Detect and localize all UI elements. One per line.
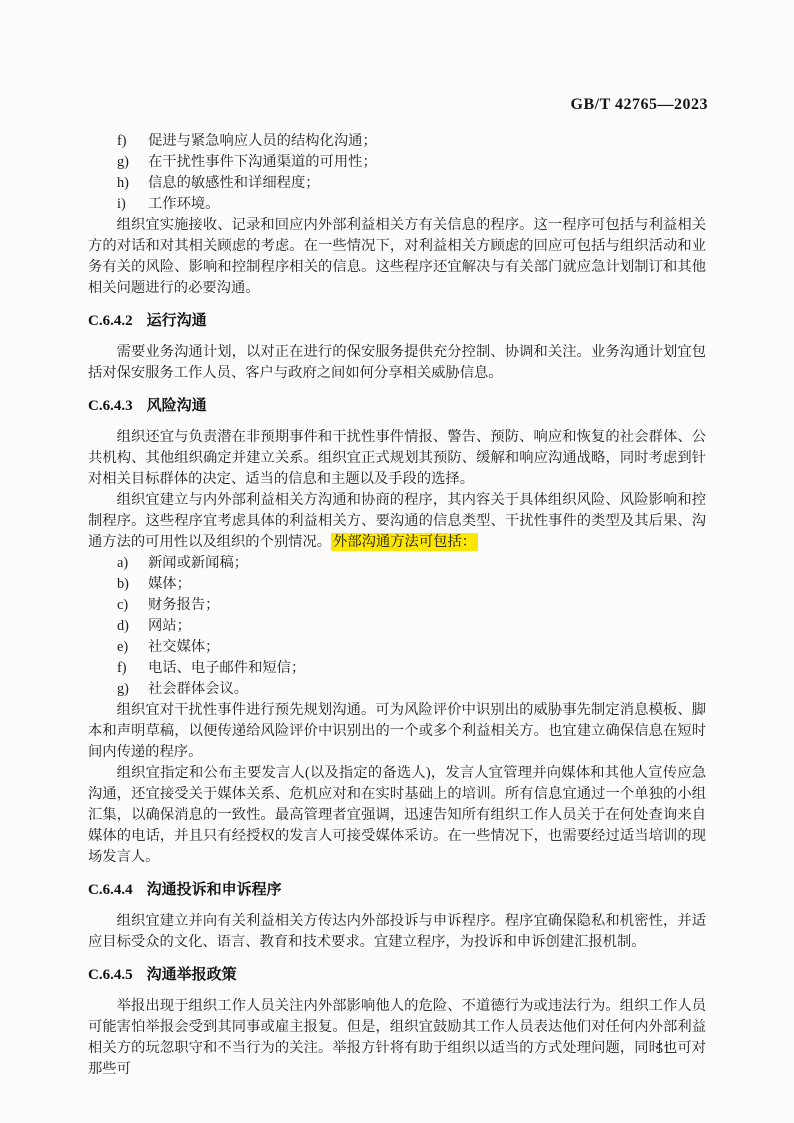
list-marker: f) xyxy=(117,658,127,679)
list-marker: e) xyxy=(117,637,128,658)
list-marker: f) xyxy=(117,131,127,152)
list-item: d) 网站； xyxy=(88,616,706,637)
list-item-text: 在干扰性事件下沟通渠道的可用性； xyxy=(148,154,377,170)
document-header: GB/T 42765—2023 xyxy=(571,96,708,114)
standard-code: GB/T 42765—2023 xyxy=(571,96,708,113)
intro-paragraph: 组织宜实施接收、记录和回应内外部利益相关方有关信息的程序。这一程序可包括与利益相… xyxy=(88,215,706,299)
list-marker: g) xyxy=(117,679,129,700)
section-heading-c645: C.6.4.5沟通举报政策 xyxy=(88,964,706,986)
intro-continued-list: f) 促进与紧急响应人员的结构化沟通； g) 在干扰性事件下沟通渠道的可用性； … xyxy=(88,131,706,215)
c643-paragraph-1: 组织还宜与负责潜在非预期事件和干扰性事件情报、警告、预防、响应和恢复的社会群体、… xyxy=(88,427,706,490)
section-number: C.6.4.5 xyxy=(88,967,133,983)
section-number: C.6.4.4 xyxy=(88,882,133,898)
c644-paragraph: 组织宜建立并向有关利益相关方传达内外部投诉与申诉程序。程序宜确保隐私和机密性，并… xyxy=(88,911,706,953)
section-heading-c644: C.6.4.4沟通投诉和申诉程序 xyxy=(88,879,706,901)
list-marker: g) xyxy=(117,152,129,173)
list-marker: a) xyxy=(117,553,128,574)
page-number: 51 xyxy=(648,1042,678,1058)
list-item-text: 电话、电子邮件和短信； xyxy=(148,660,305,676)
list-item: h) 信息的敏感性和详细程度； xyxy=(88,173,706,194)
section-title: 风险沟通 xyxy=(147,397,207,414)
list-item-text: 网站； xyxy=(148,618,191,634)
list-marker: i) xyxy=(117,194,126,215)
list-marker: b) xyxy=(117,574,129,595)
list-item: e) 社交媒体； xyxy=(88,637,706,658)
section-number: C.6.4.3 xyxy=(88,398,133,414)
list-item: f) 促进与紧急响应人员的结构化沟通； xyxy=(88,131,706,152)
section-title: 沟通举报政策 xyxy=(147,966,237,983)
section-heading-c643: C.6.4.3风险沟通 xyxy=(88,395,706,417)
c642-paragraph: 需要业务沟通计划，以对正在进行的保安服务提供充分控制、协调和关注。业务沟通计划宜… xyxy=(88,342,706,384)
list-item-text: 社交媒体； xyxy=(148,639,219,655)
c643-paragraph-3: 组织宜对干扰性事件进行预先规划沟通。可为风险评价中识别出的威胁事先制定消息模板、… xyxy=(88,700,706,763)
document-page: GB/T 42765—2023 f) 促进与紧急响应人员的结构化沟通； g) 在… xyxy=(0,0,794,1123)
list-marker: d) xyxy=(117,616,129,637)
list-item: a) 新闻或新闻稿； xyxy=(88,553,706,574)
list-marker: h) xyxy=(117,173,129,194)
list-item-text: 社会群体会议。 xyxy=(148,681,248,697)
section-number: C.6.4.2 xyxy=(88,313,133,329)
list-item: g) 社会群体会议。 xyxy=(88,679,706,700)
list-item-text: 新闻或新闻稿； xyxy=(148,555,248,571)
c645-paragraph: 举报出现于组织工作人员关注内外部影响他人的危险、不道德行为或违法行为。组织工作人… xyxy=(88,996,706,1080)
list-item: i) 工作环境。 xyxy=(88,194,706,215)
section-title: 运行沟通 xyxy=(147,312,207,329)
list-item: c) 财务报告； xyxy=(88,595,706,616)
list-item: b) 媒体； xyxy=(88,574,706,595)
list-item: g) 在干扰性事件下沟通渠道的可用性； xyxy=(88,152,706,173)
section-heading-c642: C.6.4.2运行沟通 xyxy=(88,310,706,332)
c643-paragraph-4: 组织宜指定和公布主要发言人(以及指定的备选人)，发言人宜管理并向媒体和其他人宣传… xyxy=(88,763,706,868)
section-title: 沟通投诉和申诉程序 xyxy=(147,881,282,898)
list-item-text: 媒体； xyxy=(148,576,191,592)
external-communication-methods-list: a) 新闻或新闻稿； b) 媒体； c) 财务报告； d) 网站； e) 社交媒… xyxy=(88,553,706,700)
list-item-text: 促进与紧急响应人员的结构化沟通； xyxy=(148,133,377,149)
list-item: f) 电话、电子邮件和短信； xyxy=(88,658,706,679)
highlighted-text: 外部沟通方法可包括： xyxy=(331,533,478,551)
list-item-text: 工作环境。 xyxy=(148,196,219,212)
page-content: f) 促进与紧急响应人员的结构化沟通； g) 在干扰性事件下沟通渠道的可用性； … xyxy=(88,131,706,1080)
list-item-text: 财务报告； xyxy=(148,597,219,613)
c643-paragraph-2: 组织宜建立与内外部利益相关方沟通和协商的程序，其内容关于具体组织风险、风险影响和… xyxy=(88,490,706,553)
list-item-text: 信息的敏感性和详细程度； xyxy=(148,175,320,191)
list-marker: c) xyxy=(117,595,128,616)
